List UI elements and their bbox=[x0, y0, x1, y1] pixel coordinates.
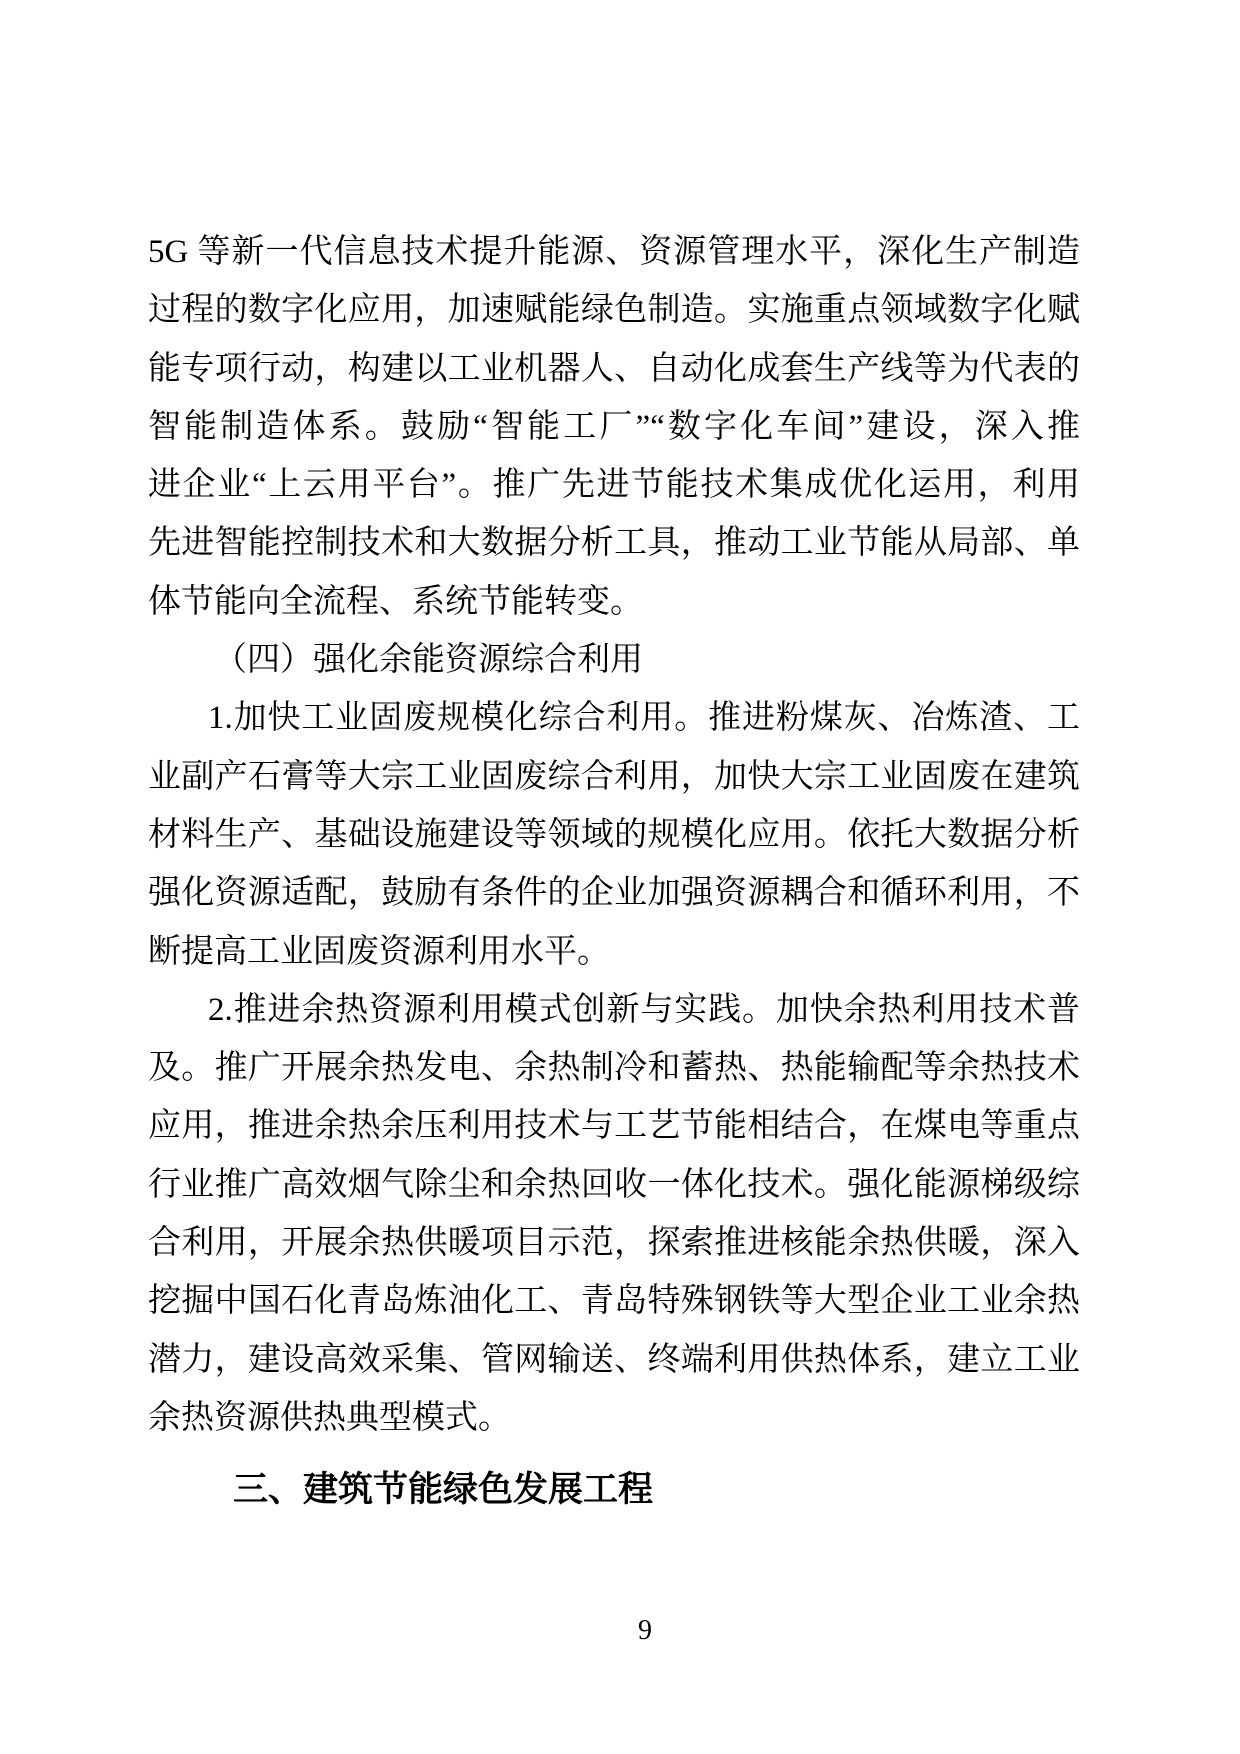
text-line: 过程的数字化应用，加速赋能绿色制造。实施重点领域数字化赋 bbox=[148, 281, 1080, 339]
page-number: 9 bbox=[0, 1615, 1240, 1647]
text-line: 1.加快工业固废规模化综合利用。推进粉煤灰、冶炼渣、工 bbox=[148, 689, 1080, 747]
text-line: 强化资源适配，鼓励有条件的企业加强资源耦合和循环利用，不 bbox=[148, 864, 1080, 922]
text-line: 潜力，建设高效采集、管网输送、终端利用供热体系，建立工业 bbox=[148, 1331, 1080, 1389]
text-line: 进企业“上云用平台”。推广先进节能技术集成优化运用，利用 bbox=[148, 456, 1080, 514]
text-line: 应用，推进余热余压利用技术与工艺节能相结合，在煤电等重点 bbox=[148, 1097, 1080, 1155]
text-line: 体节能向全流程、系统节能转变。 bbox=[148, 573, 1080, 631]
subsection-heading: （四）强化余能资源综合利用 bbox=[148, 631, 1080, 689]
text-line: 及。推广开展余热发电、余热制冷和蓄热、热能输配等余热技术 bbox=[148, 1039, 1080, 1097]
text-line: 材料生产、基础设施建设等领域的规模化应用。依托大数据分析 bbox=[148, 806, 1080, 864]
text-line: 5G 等新一代信息技术提升能源、资源管理水平，深化生产制造 bbox=[148, 223, 1080, 281]
text-line: 先进智能控制技术和大数据分析工具，推动工业节能从局部、单 bbox=[148, 514, 1080, 572]
text-line: 能专项行动，构建以工业机器人、自动化成套生产线等为代表的 bbox=[148, 340, 1080, 398]
text-line: 业副产石膏等大宗工业固废综合利用，加快大宗工业固废在建筑 bbox=[148, 748, 1080, 806]
text-line: 智能制造体系。鼓励“智能工厂”“数字化车间”建设，深入推 bbox=[148, 398, 1080, 456]
text-line: 行业推广高效烟气除尘和余热回收一体化技术。强化能源梯级综 bbox=[148, 1156, 1080, 1214]
text-line: 合利用，开展余热供暖项目示范，探索推进核能余热供暖，深入 bbox=[148, 1214, 1080, 1272]
document-page: 5G 等新一代信息技术提升能源、资源管理水平，深化生产制造 过程的数字化应用，加… bbox=[0, 0, 1240, 1754]
text-line: 余热资源供热典型模式。 bbox=[148, 1389, 1080, 1447]
text-line: 挖掘中国石化青岛炼油化工、青岛特殊钢铁等大型企业工业余热 bbox=[148, 1272, 1080, 1330]
document-body: 5G 等新一代信息技术提升能源、资源管理水平，深化生产制造 过程的数字化应用，加… bbox=[148, 223, 1080, 1520]
text-line: 断提高工业固废资源利用水平。 bbox=[148, 923, 1080, 981]
section-heading: 三、建筑节能绿色发展工程 bbox=[148, 1461, 1080, 1519]
text-line: 2.推进余热资源利用模式创新与实践。加快余热利用技术普 bbox=[148, 981, 1080, 1039]
